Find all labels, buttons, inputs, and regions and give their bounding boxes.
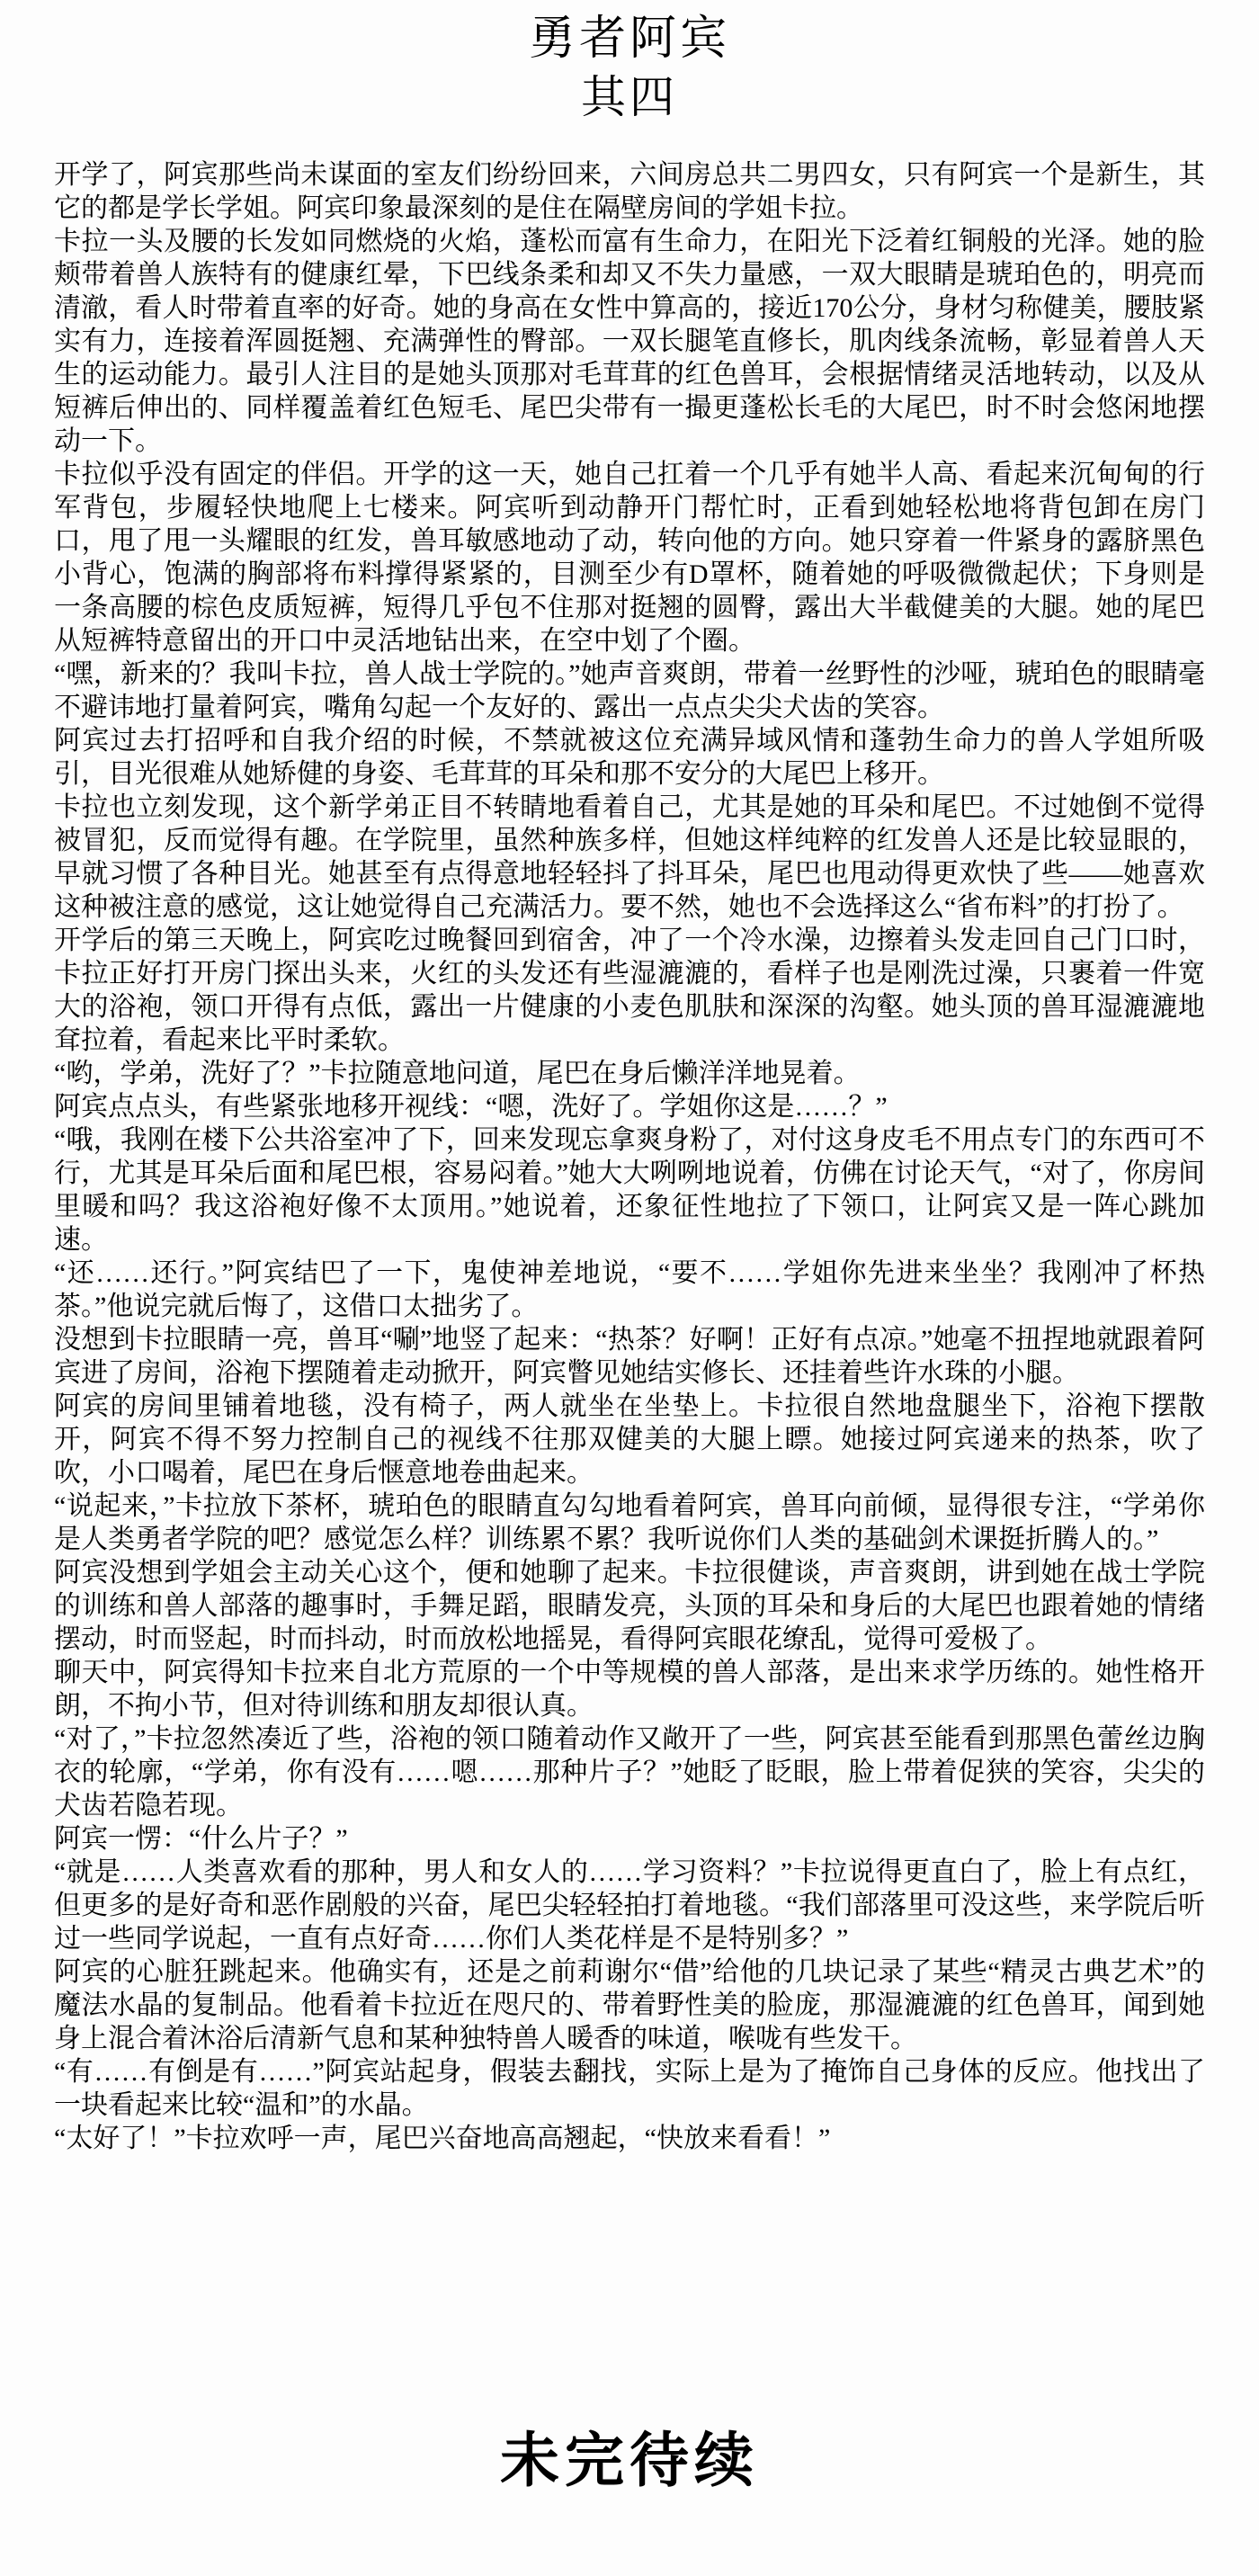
story-paragraph: “嘿，新来的？我叫卡拉，兽人战士学院的。”她声音爽朗，带着一丝野性的沙哑，琥珀色… <box>54 657 1205 724</box>
to-be-continued-label: 未完待续 <box>0 2427 1259 2497</box>
story-paragraph: 阿宾一愣：“什么片子？” <box>54 1822 1205 1856</box>
story-page: 勇者阿宾 其四 开学了，阿宾那些尚未谋面的室友们纷纷回来，六间房总共二男四女，只… <box>0 0 1259 2576</box>
story-paragraph: 没想到卡拉眼睛一亮，兽耳“唰”地竖了起来：“热茶？好啊！正好有点凉。”她毫不扭捏… <box>54 1323 1205 1390</box>
story-paragraph: 卡拉也立刻发现，这个新学弟正目不转睛地看着自己，尤其是她的耳朵和尾巴。不过她倒不… <box>54 791 1205 924</box>
story-paragraph: “哟，学弟，洗好了？”卡拉随意地问道，尾巴在身后懒洋洋地晃着。 <box>54 1057 1205 1090</box>
story-paragraph: 开学后的第三天晚上，阿宾吃过晚餐回到宿舍，冲了一个冷水澡，边擦着头发走回自己门口… <box>54 924 1205 1057</box>
story-paragraph: 阿宾过去打招呼和自我介绍的时候，不禁就被这位充满异域风情和蓬勃生命力的兽人学姐所… <box>54 724 1205 791</box>
chapter-subtitle: 其四 <box>0 68 1259 126</box>
story-paragraph: “说起来，”卡拉放下茶杯，琥珀色的眼睛直勾勾地看着阿宾，兽耳向前倾，显得很专注，… <box>54 1489 1205 1556</box>
story-paragraph: “就是……人类喜欢看的那种，男人和女人的……学习资料？”卡拉说得更直白了，脸上有… <box>54 1856 1205 1955</box>
story-paragraph: “还……还行。”阿宾结巴了一下，鬼使神差地说，“要不……学姐你先进来坐坐？我刚冲… <box>54 1257 1205 1323</box>
story-paragraph: 阿宾的房间里铺着地毯，没有椅子，两人就坐在坐垫上。卡拉很自然地盘腿坐下，浴袍下摆… <box>54 1390 1205 1489</box>
story-paragraph: “哦，我刚在楼下公共浴室冲了下，回来发现忘拿爽身粉了，对付这身皮毛不用点专门的东… <box>54 1123 1205 1257</box>
story-paragraph: 阿宾的心脏狂跳起来。他确实有，还是之前莉谢尔“借”给他的几块记录了某些“精灵古典… <box>54 1955 1205 2055</box>
story-paragraph: 阿宾没想到学姐会主动关心这个，便和她聊了起来。卡拉很健谈，声音爽朗，讲到她在战士… <box>54 1556 1205 1656</box>
story-paragraph: 卡拉似乎没有固定的伴侣。开学的这一天，她自己扛着一个几乎有她半人高、看起来沉甸甸… <box>54 458 1205 657</box>
story-paragraph: “太好了！”卡拉欢呼一声，尾巴兴奋地高高翘起，“快放来看看！” <box>54 2122 1205 2155</box>
title-block: 勇者阿宾 其四 <box>0 0 1259 126</box>
story-paragraph: 阿宾点点头，有些紧张地移开视线：“嗯，洗好了。学姐你这是……？” <box>54 1090 1205 1123</box>
story-paragraph: 开学了，阿宾那些尚未谋面的室友们纷纷回来，六间房总共二男四女，只有阿宾一个是新生… <box>54 158 1205 225</box>
story-paragraph: “对了，”卡拉忽然凑近了些，浴袍的领口随着动作又敞开了一些，阿宾甚至能看到那黑色… <box>54 1722 1205 1822</box>
story-paragraph: 聊天中，阿宾得知卡拉来自北方荒原的一个中等规模的兽人部落，是出来求学历练的。她性… <box>54 1656 1205 1722</box>
story-body: 开学了，阿宾那些尚未谋面的室友们纷纷回来，六间房总共二男四女，只有阿宾一个是新生… <box>0 158 1259 2155</box>
story-paragraph: 卡拉一头及腰的长发如同燃烧的火焰，蓬松而富有生命力，在阳光下泛着红铜般的光泽。她… <box>54 225 1205 458</box>
story-paragraph: “有……有倒是有……”阿宾站起身，假装去翻找，实际上是为了掩饰自己身体的反应。他… <box>54 2055 1205 2122</box>
page-title: 勇者阿宾 <box>0 9 1259 68</box>
